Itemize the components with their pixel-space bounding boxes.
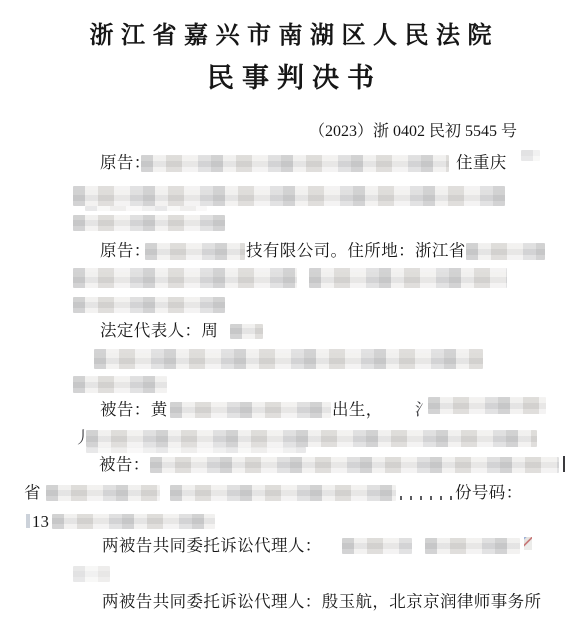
redaction-block [46,485,160,501]
document-title: 民事判决书 [0,56,581,95]
id-number-label: 份号码： [455,482,523,503]
defendant2-label: 被告： [99,454,150,475]
redaction-block [94,349,483,369]
redaction-block [86,430,537,447]
redacted-char-remnants [400,496,452,500]
redaction-block [170,402,331,418]
redaction-block [73,268,297,288]
redaction-block [466,243,545,260]
redaction-block [85,206,207,211]
redaction-block [73,566,110,582]
redaction-block [170,485,396,501]
id-number-prefix: 13 [32,511,49,532]
judgment-document-page: 浙江省嘉兴市南湖区人民法院 民事判决书 （2023）浙 0402 民初 5545… [0,0,581,627]
joint-agent2-value: 殷玉航，北京京润律师事务所 [322,592,542,611]
plaintiff2-label: 原告： [100,240,151,261]
legal-representative-line: 法定代表人：周 [100,320,218,341]
joint-agent1-label: 两被告共同委托诉讼代理人： [102,535,322,556]
redaction-block [73,376,167,393]
joint-agent2-label: 两被告共同委托诉讼代理人： [102,592,322,611]
redaction-block [425,538,520,554]
redaction-block [86,447,306,453]
redaction-block [230,324,263,339]
redaction-block [73,297,225,313]
province-fragment: 省 [24,482,41,503]
defendant1-birth-text: 出生， [332,399,383,420]
plaintiff1-residence: 住重庆 [456,152,507,173]
redaction-block [150,457,559,473]
joint-agent2-line: 两被告共同委托诉讼代理人：殷玉航，北京京润律师事务所 [102,591,541,612]
court-name: 浙江省嘉兴市南湖区人民法院 [0,15,581,50]
redaction-block [145,243,245,260]
redacted-char-fragment [524,537,532,550]
redaction-block [52,514,215,529]
redaction-block [309,268,507,288]
redaction-block [73,215,225,231]
redacted-char-stroke [563,456,565,472]
plaintiff2-company-text: 技有限公司。住所地：浙江省 [246,240,466,261]
defendant1-label: 被告：黄 [100,399,168,420]
redaction-block [428,397,546,414]
redaction-block [342,538,412,554]
case-number: （2023）浙 0402 民初 5545 号 [309,118,517,141]
redaction-block [73,186,505,206]
redaction-block [521,150,540,161]
redaction-block [141,155,449,172]
redaction-sliver [26,514,30,528]
